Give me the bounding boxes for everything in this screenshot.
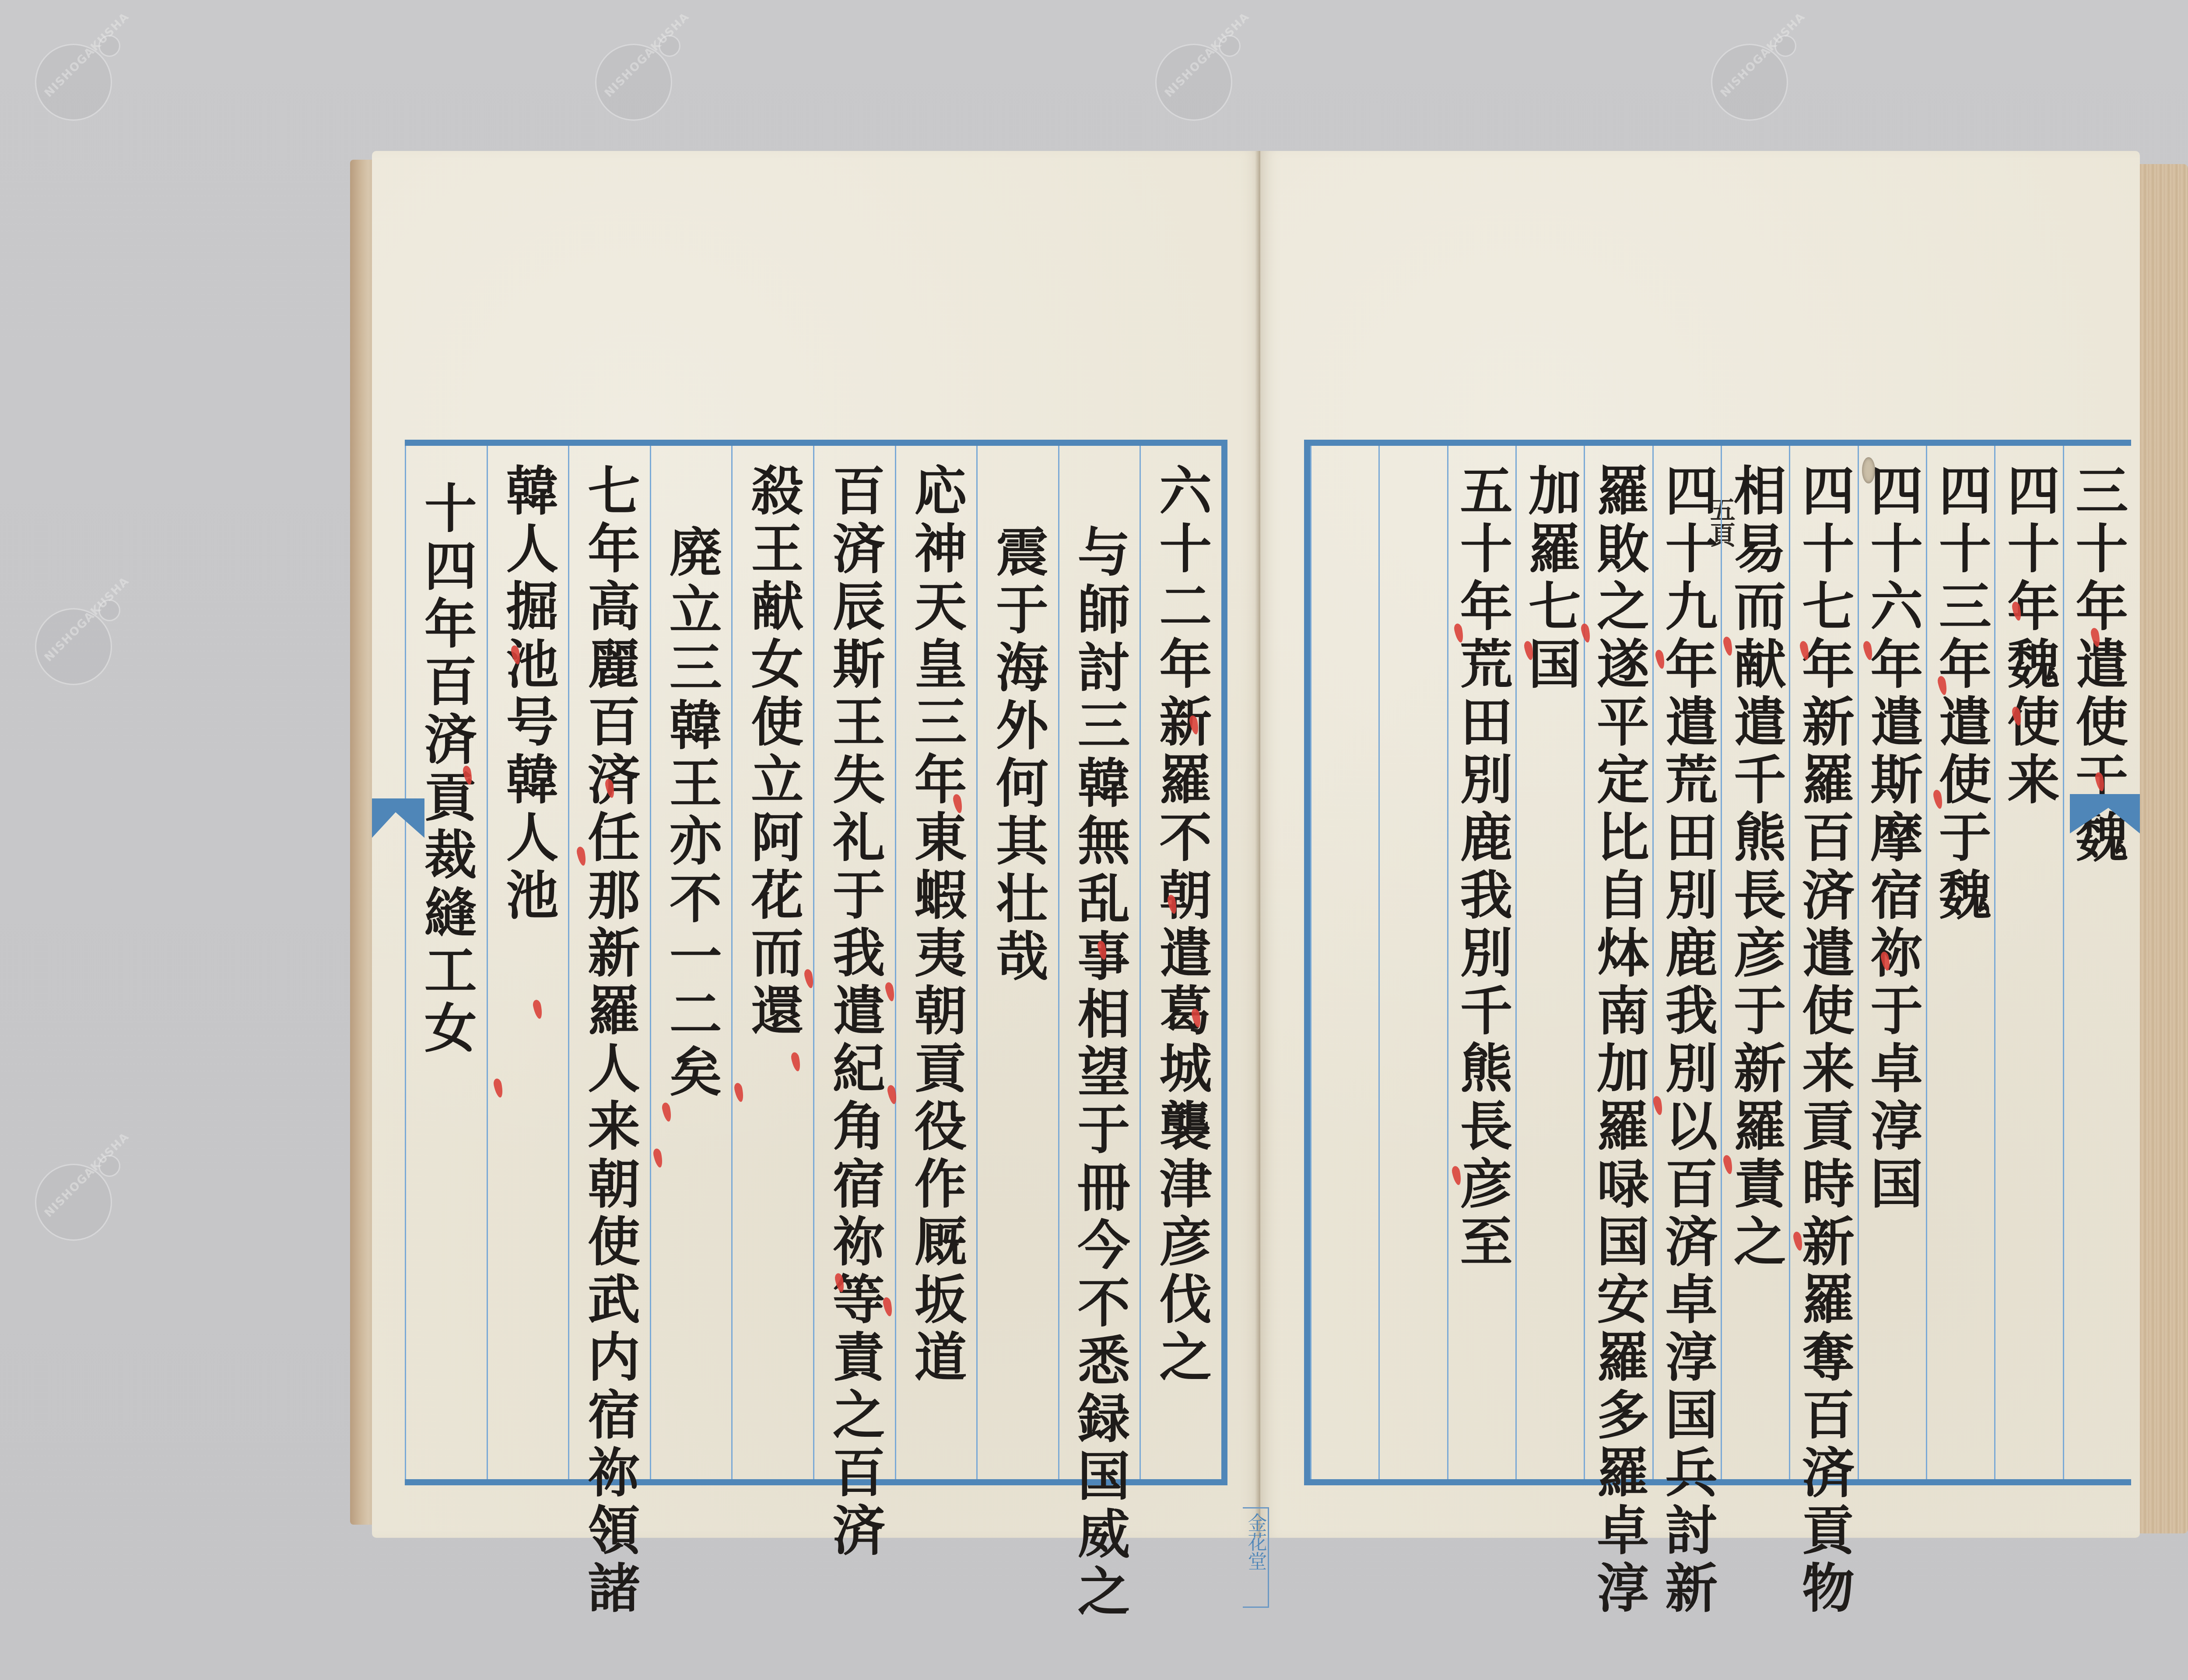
text-column: 与師討三韓無乱事相望于冊今不悉録国威之 bbox=[1058, 446, 1140, 1479]
watermark-logo: NISHOGAKUSHA bbox=[18, 582, 123, 687]
text-column: 四十九年遣荒田別鹿我別以百済卓淳国兵討新 bbox=[1652, 446, 1721, 1479]
watermark-logo: NISHOGAKUSHA bbox=[18, 1137, 123, 1242]
text-column: 相易而献遣千熊長彦于新羅責之 bbox=[1721, 446, 1789, 1479]
text-column: 羅敗之遂平定比自㶱南加羅㖨国安羅多羅卓淳 bbox=[1584, 446, 1652, 1479]
text-column: 三十年遣使于魏 bbox=[2063, 446, 2131, 1479]
text-column: 震于海外何其壮哉 bbox=[976, 446, 1058, 1479]
text-column: 五十年荒田別鹿我別千熊長彦至 bbox=[1447, 446, 1515, 1479]
text-column: 七年高麗百済任那新羅人来朝使武内宿祢領諸 bbox=[568, 446, 650, 1479]
text-column: 韓人掘池号韓人池 bbox=[487, 446, 568, 1479]
text-column: 殺王献女使立阿花而還 bbox=[731, 446, 813, 1479]
left-page: 六十二年新羅不朝遣葛城襲津彦伐之 与師討三韓無乱事相望于冊今不悉録国威之 震于海… bbox=[372, 151, 1260, 1538]
watermark-logo: NISHOGAKUSHA bbox=[1694, 17, 1799, 122]
text-column: 四十三年遣使于魏 bbox=[1926, 446, 1994, 1479]
text-column: 百済辰斯王失礼于我遣紀角宿祢等責之百済 bbox=[813, 446, 895, 1479]
text-column: 廃立三韓王亦不一二矣 bbox=[650, 446, 732, 1479]
open-book: 六十二年新羅不朝遣葛城襲津彦伐之 与師討三韓無乱事相望于冊今不悉録国威之 震于海… bbox=[350, 151, 2188, 1542]
text-column: 六十二年新羅不朝遣葛城襲津彦伐之 bbox=[1140, 446, 1221, 1479]
right-page-frame: 三十年遣使于魏 四十年魏使来 四十三年遣使于魏 四十六年遣斯摩宿祢于卓淳国 四十… bbox=[1304, 440, 2131, 1485]
photo-stage: NISHOGAKUSHA NISHOGAKUSHA NISHOGAKUSHA N… bbox=[0, 0, 2188, 1680]
left-page-frame: 六十二年新羅不朝遣葛城襲津彦伐之 与師討三韓無乱事相望于冊今不悉録国威之 震于海… bbox=[405, 440, 1227, 1485]
text-column: 四十七年新羅百済遣使来貢時新羅奪百済貢物 bbox=[1789, 446, 1857, 1479]
publisher-mark: 金花堂 bbox=[1246, 1508, 1265, 1606]
page-block-edge-right bbox=[2140, 164, 2188, 1533]
text-column: 加羅七国 bbox=[1515, 446, 1584, 1479]
text-column-empty bbox=[1378, 446, 1447, 1479]
text-column-empty bbox=[1310, 446, 1378, 1479]
text-column: 十四年百済貢裁縫工女 bbox=[405, 446, 487, 1479]
text-column: 四十六年遣斯摩宿祢于卓淳国 bbox=[1858, 446, 1926, 1479]
publisher-mark-box: 金花堂 bbox=[1243, 1507, 1269, 1608]
watermark-logo: NISHOGAKUSHA bbox=[578, 17, 683, 122]
right-page: 五頁 三十年遣使于魏 四十年魏使来 四十三年遣使于魏 四十六年遣斯摩宿祢于卓淳国… bbox=[1260, 151, 2140, 1538]
text-column: 四十年魏使来 bbox=[1994, 446, 2062, 1479]
watermark-logo: NISHOGAKUSHA bbox=[18, 17, 123, 122]
watermark-logo: NISHOGAKUSHA bbox=[1138, 17, 1243, 122]
text-column: 応神天皇三年東蝦夷朝貢役作厩坂道 bbox=[895, 446, 977, 1479]
